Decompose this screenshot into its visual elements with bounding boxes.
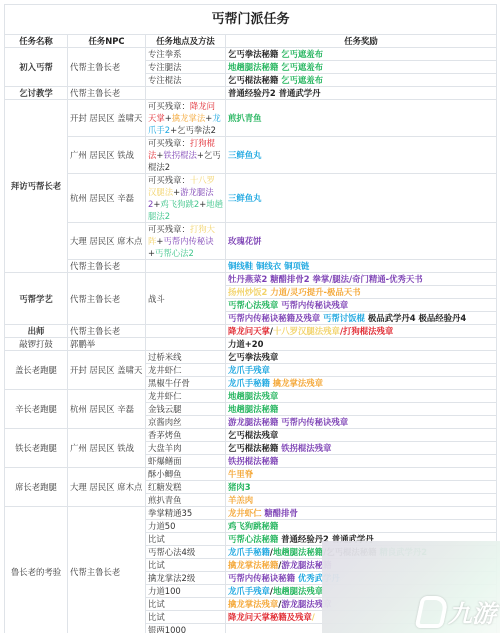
text-segment: 铁拐棍法秘籍 — [228, 456, 278, 466]
npc-cell: 代帮主鲁长老 — [68, 260, 146, 273]
reward-cell: 地趟腿法秘籍 — [226, 403, 497, 416]
text-segment: 铜线鞋 铜线衣 铜项链 — [228, 261, 309, 271]
text-segment: 地趟腿法秘籍 — [228, 404, 278, 414]
text-segment: 扬州炒饭2 — [228, 287, 270, 297]
table-row: 乞讨教学代帮主鲁长老普通经验丹2 普通武学丹 — [5, 87, 497, 100]
watermark-logo: 九游 — [418, 594, 496, 629]
text-segment: 擒龙掌法秘籍 — [228, 560, 278, 570]
text-segment: 擒龙掌法 — [172, 113, 206, 123]
method-cell: 比试 — [146, 533, 226, 546]
text-segment: 乞丐拳法残章 — [228, 352, 278, 362]
npc-cell: 代帮主鲁长老 — [68, 507, 146, 633]
method-cell: 力道100 — [146, 585, 226, 598]
method-cell: 可买残章：打狗棍法+铁拐棍法+乞丐棍法2 — [146, 137, 226, 174]
reward-cell: 铁拐棍法秘籍 — [226, 455, 497, 468]
reward-cell: 丐帮心法残章 丐帮内传秘诀残章 — [226, 299, 497, 312]
task-name-cell: 鲁长老的考验 — [5, 507, 68, 633]
reward-cell: 龙爪手残章 — [226, 364, 497, 377]
text-segment: 煎扒青鱼 — [228, 113, 262, 123]
method-cell — [146, 338, 226, 351]
reward-cell: 羊羔肉 — [226, 494, 497, 507]
method-cell: 擒龙掌法2级 — [146, 572, 226, 585]
method-cell: 煎扒青鱼 — [146, 494, 226, 507]
table-row: 盖长老跑腿开封 居民区 盖啸天过桥米线乞丐拳法残章 — [5, 351, 497, 364]
task-name-cell: 拜访丐帮长老 — [5, 100, 68, 273]
text-segment: 龙爪手残章 — [228, 365, 270, 375]
text-segment: 牡丹燕菜2 糖醋排骨2 拳掌/腿法/奇门精通-优秀天书 — [228, 274, 423, 284]
watermark-brand: 九游 — [448, 594, 496, 629]
text-segment: 京酱肉丝 — [148, 417, 182, 427]
text-segment: 力道50 — [148, 521, 175, 531]
text-segment: 乞丐拳法秘籍 — [228, 49, 278, 59]
quest-table: 丐帮门派任务 任务名称 任务NPC 任务地点及方法 任务奖励 初入丐帮代帮主鲁长… — [4, 4, 497, 633]
text-segment: 擒龙掌法残章 — [270, 378, 323, 388]
task-name-cell: 盖长老跑腿 — [5, 351, 68, 390]
text-segment: 铁拐棍法残章 — [278, 443, 331, 453]
text-segment: 龙爪手残章 — [228, 586, 270, 596]
text-segment: 极品武学丹4 极品经验丹4 — [365, 313, 466, 323]
text-segment: 丐帮心法2 — [155, 248, 194, 258]
text-segment: 可买残章： — [148, 138, 190, 148]
task-name-cell: 乞讨教学 — [5, 87, 68, 100]
jiuyou-logo-icon — [415, 596, 450, 628]
npc-cell: 广州 居民区 铁战 — [68, 137, 146, 174]
method-cell: 龙井虾仁 — [146, 364, 226, 377]
method-cell: 比试 — [146, 559, 226, 572]
text-segment: 可买残章： — [148, 224, 190, 234]
text-segment: 降龙问天掌 — [228, 326, 270, 336]
npc-cell: 郭鹏举 — [68, 338, 146, 351]
table-row: 初入丐帮代帮主鲁长老专注拳系乞丐拳法秘籍 乞丐遮羞布 — [5, 48, 497, 61]
text-segment: /打狗棍法残章 — [340, 326, 393, 336]
text-segment: 三鲜鱼丸 — [228, 150, 262, 160]
text-segment: 力道/灵巧提升-极品天书 — [270, 287, 360, 297]
text-segment: 可买残章： — [148, 101, 190, 111]
reward-cell: 力道+20 — [226, 338, 497, 351]
method-cell: 酥小鲫鱼 — [146, 468, 226, 481]
table-row: 出师代帮主鲁长老降龙问天掌/十八罗汉腿法残章/打狗棍法残章 — [5, 325, 497, 338]
header-row: 任务名称 任务NPC 任务地点及方法 任务奖励 — [5, 35, 497, 48]
text-segment: 鸡飞狗跳2 — [160, 199, 199, 209]
col-header-npc: 任务NPC — [68, 35, 146, 48]
text-segment: 力道+20 — [228, 339, 263, 349]
text-segment: 丐帮内传秘诀 — [163, 236, 213, 246]
reward-cell: 乞丐棍法秘籍 乞丐遮羞布 — [226, 74, 497, 87]
npc-cell: 代帮主鲁长老 — [68, 48, 146, 87]
text-segment: 丐帮心法4级 — [148, 547, 195, 557]
table-row: 杭州 居民区 辛磊可买残章：十八罗汉腿法+游龙腿法2+鸡飞狗跳2+地趟腿法2三鲜… — [5, 174, 497, 223]
table-row: 铁长老跑腿广州 居民区 铁战香茅烤鱼乞丐棍法残章 — [5, 429, 497, 442]
text-segment: 鸡飞狗跳秘籍 — [228, 521, 278, 531]
method-cell: 过桥米线 — [146, 351, 226, 364]
task-name-cell: 初入丐帮 — [5, 48, 68, 87]
text-segment: 丐帮内传秘诀残章 — [278, 417, 348, 427]
npc-cell: 开封 居民区 盖啸天 — [68, 351, 146, 390]
method-cell: 专注腿法 — [146, 61, 226, 74]
col-header-reward: 任务奖励 — [226, 35, 497, 48]
text-segment: 乞丐遮羞布 — [278, 49, 323, 59]
text-segment: 红糖发糕 — [148, 482, 182, 492]
reward-cell: 三鲜鱼丸 — [226, 174, 497, 223]
method-cell: 可买残章：降龙问天掌+擒龙掌法+龙爪手2+乞丐拳法2 — [146, 100, 226, 137]
text-segment: 乞丐遮羞布 — [278, 62, 323, 72]
npc-cell: 杭州 居民区 辛磊 — [68, 390, 146, 429]
method-cell: 力道50 — [146, 520, 226, 533]
table-row: 大理 居民区 席木点可买残章：打狗大阵+丐帮内传秘诀+丐帮心法2玫瑰花饼 — [5, 223, 497, 260]
npc-cell: 大理 居民区 席木点 — [68, 468, 146, 507]
reward-cell: 玫瑰花饼 — [226, 223, 497, 260]
table-row: 席长老跑腿大理 居民区 席木点酥小鲫鱼牛里脊 — [5, 468, 497, 481]
page-title: 丐帮门派任务 — [5, 5, 497, 35]
reward-cell: 铜线鞋 铜线衣 铜项链 — [226, 260, 497, 273]
reward-cell: 地趟腿法秘籍 乞丐遮羞布 — [226, 61, 497, 74]
method-cell — [146, 325, 226, 338]
method-cell: 香茅烤鱼 — [146, 429, 226, 442]
text-segment: 拳掌精通35 — [148, 508, 192, 518]
text-segment: 普通经验丹2 普通武学丹 — [228, 88, 321, 98]
text-segment: 比试 — [148, 612, 165, 622]
text-segment: 比试 — [148, 599, 165, 609]
text-segment: 专注腿法 — [148, 62, 182, 72]
text-segment: 羊羔肉 — [228, 495, 253, 505]
method-cell: 京酱肉丝 — [146, 416, 226, 429]
task-name-cell: 丐帮学艺 — [5, 273, 68, 325]
text-segment: 过桥米线 — [148, 352, 182, 362]
text-segment: 铁拐棍法 — [163, 150, 197, 160]
text-segment: 三鲜鱼丸 — [228, 193, 262, 203]
reward-cell: 牛里脊 — [226, 468, 497, 481]
npc-cell: 开封 居民区 盖啸天 — [68, 100, 146, 137]
reward-cell: 龙井虾仁 糖醋排骨 — [226, 507, 497, 520]
method-cell: 金钱云腿 — [146, 403, 226, 416]
method-cell: 专注拳系 — [146, 48, 226, 61]
table-row: 代帮主鲁长老铜线鞋 铜线衣 铜项链 — [5, 260, 497, 273]
reward-cell: 地趟腿法残章 — [226, 390, 497, 403]
text-segment: 龙爪手秘籍 — [228, 378, 270, 388]
text-segment: 煎扒青鱼 — [148, 495, 182, 505]
text-segment: 乞丐遮羞布 — [278, 75, 323, 85]
text-segment: 力道100 — [148, 586, 181, 596]
text-segment: 丐帮心法残章 — [228, 300, 278, 310]
text-segment: 乞丐棍法残章 — [228, 430, 278, 440]
text-segment: 龙井虾仁 — [228, 508, 262, 518]
text-segment: 龙井虾仁 — [148, 391, 182, 401]
text-segment: 猪肉3 — [228, 482, 251, 492]
npc-cell: 代帮主鲁长老 — [68, 325, 146, 338]
text-segment: 丐帮内传秘诀秘籍及残章 — [228, 313, 320, 323]
method-cell: 比试 — [146, 598, 226, 611]
method-cell: 战斗 — [146, 273, 226, 325]
method-cell: 比试 — [146, 611, 226, 624]
text-segment: 黑椒牛仔骨 — [148, 378, 190, 388]
text-segment: 专注拳系 — [148, 49, 182, 59]
text-segment: + — [148, 248, 155, 258]
reward-cell: 降龙问天掌/十八罗汉腿法残章/打狗棍法残章 — [226, 325, 497, 338]
task-name-cell: 出师 — [5, 325, 68, 338]
method-cell — [146, 260, 226, 273]
quest-table-container: 丐帮门派任务 任务名称 任务NPC 任务地点及方法 任务奖励 初入丐帮代帮主鲁长… — [4, 4, 496, 633]
table-row: 鲁长老的考验代帮主鲁长老拳掌精通35龙井虾仁 糖醋排骨 — [5, 507, 497, 520]
method-cell: 专注棍法 — [146, 74, 226, 87]
method-cell: 红糖发糕 — [146, 481, 226, 494]
table-row: 广州 居民区 铁战可买残章：打狗棍法+铁拐棍法+乞丐棍法2三鲜鱼丸 — [5, 137, 497, 174]
method-cell: 银两1000 — [146, 624, 226, 633]
reward-cell: 乞丐棍法秘籍 铁拐棍法残章 — [226, 442, 497, 455]
text-segment: 酥小鲫鱼 — [148, 469, 182, 479]
text-segment: 乞丐棍法秘籍 — [228, 75, 278, 85]
reward-cell: 乞丐棍法残章 — [226, 429, 497, 442]
task-name-cell: 敲锣打鼓 — [5, 338, 68, 351]
method-cell: 可买残章：打狗大阵+丐帮内传秘诀+丐帮心法2 — [146, 223, 226, 260]
text-segment: 香茅烤鱼 — [148, 430, 182, 440]
text-segment: 银两1000 — [148, 625, 186, 633]
task-name-cell: 席长老跑腿 — [5, 468, 68, 507]
method-cell: 大盘羊肉 — [146, 442, 226, 455]
method-cell: 黑椒牛仔骨 — [146, 377, 226, 390]
method-cell: 虾爆鳝面 — [146, 455, 226, 468]
text-segment: 丐帮讨饭棍 — [320, 313, 365, 323]
col-header-task-name: 任务名称 — [5, 35, 68, 48]
method-cell: 可买残章：十八罗汉腿法+游龙腿法2+鸡飞狗跳2+地趟腿法2 — [146, 174, 226, 223]
reward-cell: 游龙腿法秘籍 丐帮内传秘诀残章 — [226, 416, 497, 429]
table-row: 丐帮学艺代帮主鲁长老战斗牡丹燕菜2 糖醋排骨2 拳掌/腿法/奇门精通-优秀天书 — [5, 273, 497, 286]
text-segment: 金钱云腿 — [148, 404, 182, 414]
npc-cell: 杭州 居民区 辛磊 — [68, 174, 146, 223]
reward-cell: 煎扒青鱼 — [226, 100, 497, 137]
npc-cell: 代帮主鲁长老 — [68, 87, 146, 100]
watermark-overlay: 九游 — [322, 541, 500, 633]
text-segment: 牛里脊 — [228, 469, 253, 479]
text-segment: 十八罗汉腿法残章 — [273, 326, 340, 336]
table-row: 拜访丐帮长老开封 居民区 盖啸天可买残章：降龙问天掌+擒龙掌法+龙爪手2+乞丐拳… — [5, 100, 497, 137]
text-segment: 龙爪手秘籍 — [228, 547, 270, 557]
npc-cell: 代帮主鲁长老 — [68, 273, 146, 325]
text-segment: +乞丐拳法2 — [170, 125, 216, 135]
text-segment: 比试 — [148, 560, 165, 570]
text-segment: 糖醋排骨 — [262, 508, 298, 518]
reward-cell: 牡丹燕菜2 糖醋排骨2 拳掌/腿法/奇门精通-优秀天书 — [226, 273, 497, 286]
npc-cell: 广州 居民区 铁战 — [68, 429, 146, 468]
text-segment: 玫瑰花饼 — [228, 236, 262, 246]
task-name-cell: 铁长老跑腿 — [5, 429, 68, 468]
text-segment: 丐帮心法秘籍 — [228, 534, 278, 544]
table-row: 辛长老跑腿杭州 居民区 辛磊龙井虾仁地趟腿法残章 — [5, 390, 497, 403]
method-cell — [146, 87, 226, 100]
text-segment: 大盘羊肉 — [148, 443, 182, 453]
text-segment: / — [312, 612, 315, 622]
text-segment: 擒龙掌法2级 — [148, 573, 195, 583]
text-segment: 游龙腿法秘籍 — [228, 417, 278, 427]
text-segment: + — [165, 113, 172, 123]
table-row: 敲锣打鼓郭鹏举力道+20 — [5, 338, 497, 351]
method-cell: 龙井虾仁 — [146, 390, 226, 403]
text-segment: 乞丐棍法秘籍 — [228, 443, 278, 453]
method-cell: 丐帮心法4级 — [146, 546, 226, 559]
reward-cell: 猪肉3 — [226, 481, 497, 494]
text-segment: 地趟腿法秘籍 — [273, 547, 323, 557]
reward-cell: 丐帮内传秘诀秘籍及残章 丐帮讨饭棍 极品武学丹4 极品经验丹4 — [226, 312, 497, 325]
method-cell: 拳掌精通35 — [146, 507, 226, 520]
reward-cell: 龙爪手秘籍 擒龙掌法残章 — [226, 377, 497, 390]
text-segment: 比试 — [148, 534, 165, 544]
text-segment: 降龙问天掌秘籍及残章 — [228, 612, 312, 622]
reward-cell: 普通经验丹2 普通武学丹 — [226, 87, 497, 100]
text-segment: 擒龙掌法残章 — [228, 599, 278, 609]
reward-cell: 乞丐拳法残章 — [226, 351, 497, 364]
col-header-location-method: 任务地点及方法 — [146, 35, 226, 48]
text-segment: 丐帮内传秘诀残章 — [278, 300, 348, 310]
text-segment: 地趟腿法残章 — [273, 586, 323, 596]
text-segment: 可买残章： — [148, 175, 190, 185]
reward-cell: 乞丐拳法秘籍 乞丐遮羞布 — [226, 48, 497, 61]
text-segment: 龙井虾仁 — [148, 365, 182, 375]
text-segment: 专注棍法 — [148, 75, 182, 85]
reward-cell: 鸡飞狗跳秘籍 — [226, 520, 497, 533]
text-segment: 虾爆鳝面 — [148, 456, 182, 466]
text-segment: 地趟腿法秘籍 — [228, 62, 278, 72]
npc-cell: 大理 居民区 席木点 — [68, 223, 146, 260]
reward-cell: 扬州炒饭2 力道/灵巧提升-极品天书 — [226, 286, 497, 299]
task-name-cell: 辛长老跑腿 — [5, 390, 68, 429]
text-segment: 地趟腿法残章 — [228, 391, 278, 401]
text-segment: 丐帮内传秘诀秘籍 — [228, 573, 295, 583]
reward-cell: 三鲜鱼丸 — [226, 137, 497, 174]
